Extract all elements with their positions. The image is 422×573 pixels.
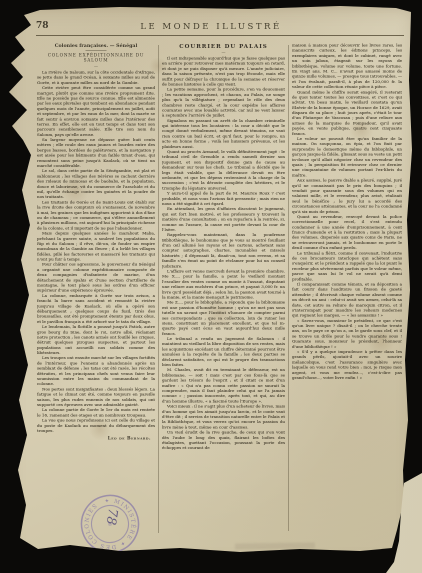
article-body-left: La rivière de Saloum, sur la côte occide… [37,70,155,434]
paragraph: Le tribunal a rendu un jugement de Salom… [162,337,285,368]
paragraph: « Savez-vous, monsieur le président, ce … [292,318,402,349]
scan-background: 78 LE MONDE ILLUSTRÉ Colonies françaises… [0,0,422,573]
masthead-title: LE MONDE ILLUSTRÉ [0,22,422,32]
paragraph: La colonne, embarquée à Gorée sur trois … [37,293,155,324]
paragraph: Mais depuis quelques années le marabout … [37,231,155,262]
column-center: COURRIER DU PALAIS — Il est indispensabl… [162,43,285,535]
paragraph: Nos pertes sont insignifiantes : deux bl… [37,387,155,408]
paragraph: Sa largeur moyenne ne dépasse guère huit… [37,138,155,169]
article-signature: Léo de Bernard. [37,436,155,441]
paragraph: Le voleur ne pouvait être qu'un familier… [292,137,402,179]
masthead-rule [36,35,404,36]
paragraph: Le tribunal a flétri, comme il convenait… [292,251,402,282]
paragraph: Quant au procès Armand, le voilà définit… [162,150,285,192]
paragraph: Il comparaissait comme témoin, et sa dép… [292,282,402,318]
paragraph: Le lendemain, la flottille a poussé jusq… [37,325,155,356]
divider-dash: — [37,64,155,69]
paragraph: Un vieil érudit de la rive gauche, de ce… [162,430,285,451]
paragraph: Cette rivière peut être considérée comme… [37,86,155,138]
paragraph: En attendant, les gens d'affaires discut… [162,207,285,233]
paragraph: La rivière de Saloum, sur la côte occide… [37,70,155,86]
article-title-left: COLONNE EXPÉDITIONNAIRE DU SALOUM [37,53,155,63]
paragraph: Y aura-t-il appel de la part de M. Mauri… [162,191,285,207]
paragraph: maison à maison pour découvrir les livre… [292,43,402,90]
paragraph: M. Chasles, avait dit en terminant le dé… [162,368,285,404]
paragraph: Pour châtier ces agressions, le gouverne… [37,262,155,293]
paragraph: Quant au revendeur, renvoyé devant la po… [292,214,402,250]
paragraph: Il est indispensable aujourd'hui que je … [162,56,285,87]
paragraph: Quand même le chiffre serait exagéré, il… [292,90,402,137]
column-right: maison à maison pour découvrir les livre… [292,43,402,531]
pencil-smudge [235,542,315,549]
article-body-center: Il est indispensable aujourd'hui que je … [162,56,285,451]
paragraph: La colonne partie de Gorée le 1er du moi… [37,408,155,418]
paragraph: La vue que nous reproduisons ici est cel… [37,418,155,434]
paragraph: Me Z..., pour le bibliophile, a répondu … [162,300,285,336]
paragraph: Aux assises, le pauvre diable a pleuré, … [292,178,402,214]
article-body-right: maison à maison pour découvrir les livre… [292,43,402,381]
divider-dash: — [162,50,285,55]
paragraph: Les troupes ont ensuite marché sur les v… [37,356,155,387]
paragraph: Rappelez-vous maintenant, dans la poudre… [162,233,285,269]
column-divider [158,45,159,533]
paragraph: L'affaire est venue mercredi devant la p… [162,269,285,300]
paragraph: Voici mieux : il ne s'agit plus d'un ach… [162,404,285,430]
paragraph: Le sol, dans cette partie de la Sénégamb… [37,169,155,200]
paragraph: La petite semaine, pour la procédure, s'… [162,87,285,118]
paragraph: Les traitants de Gorée et de Saint-Louis… [37,200,155,231]
column-left: Colonies françaises. — Sénégal COLONNE E… [37,43,155,509]
manuscript-folio-number: 78 [103,507,120,526]
newspaper-page: 78 LE MONDE ILLUSTRÉ Colonies françaises… [0,0,422,573]
stamp-center-mark [108,522,113,527]
paragraph: Signalons en passant un arrêt de la cham… [162,118,285,149]
paragraph: « S'il y a quelque imprudence à prêter d… [292,350,402,381]
kicker-rule [86,50,107,51]
column-divider [288,45,289,531]
article-kicker: Colonies françaises. — Sénégal [37,43,155,49]
